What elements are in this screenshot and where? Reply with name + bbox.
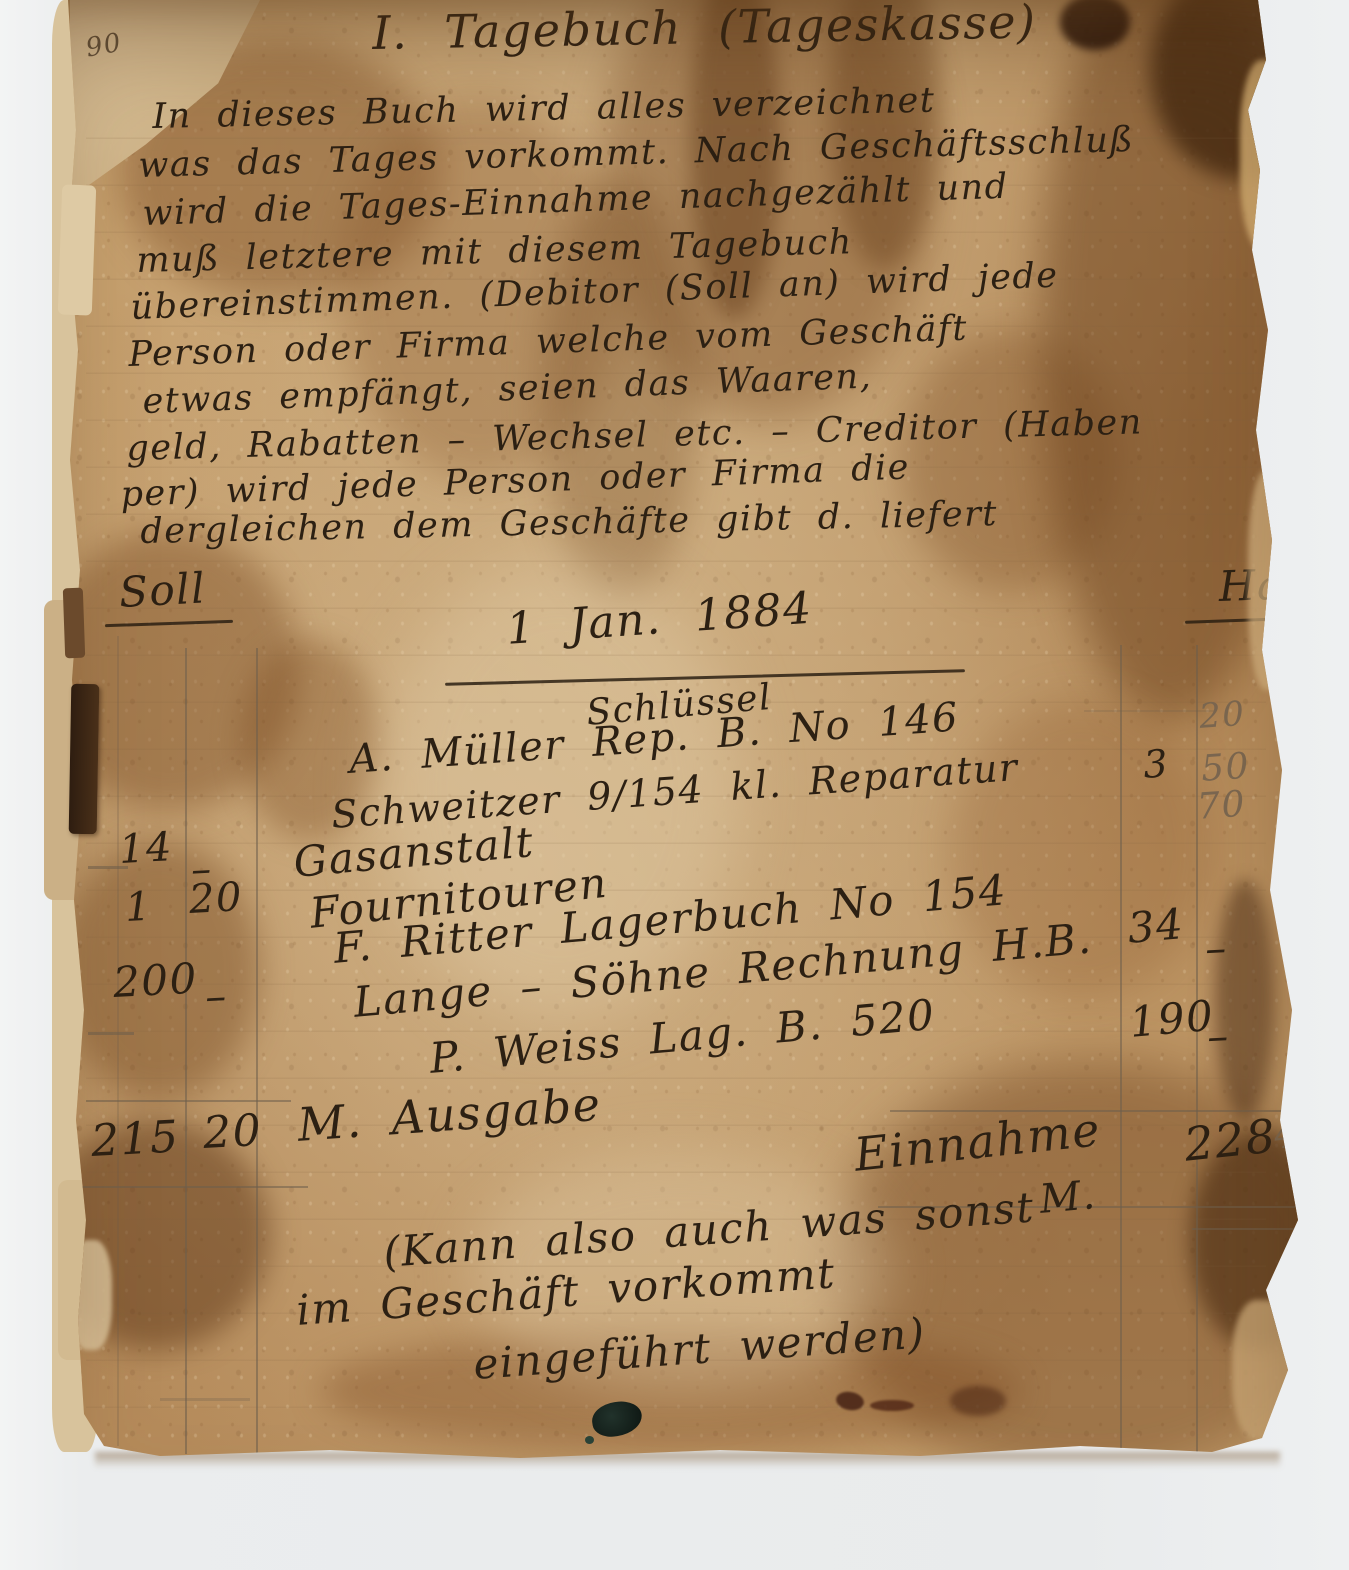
total-einnahme-pfennig: 40	[1272, 1108, 1333, 1156]
soll-underline	[105, 620, 233, 627]
entry-haben-pfennig: –	[1204, 927, 1229, 970]
entry-soll-mark: 200	[112, 958, 199, 1004]
entry-soll-mark: 14	[118, 827, 174, 870]
page-shadow	[95, 1452, 1280, 1468]
page-crease-line	[117, 636, 119, 1446]
stain-mark	[835, 1390, 866, 1413]
ledger-rule-vertical	[185, 648, 187, 1454]
page-title: I. Tagebuch (Tageskasse)	[372, 0, 1037, 56]
pencil-tick	[88, 1032, 134, 1035]
torn-edge	[1240, 60, 1292, 250]
total-einnahme-mark: 228	[1182, 1112, 1279, 1167]
binding-tab	[63, 588, 85, 659]
entry-soll-pfennig: –	[204, 975, 229, 1018]
haben-column-header: Haben	[1218, 561, 1349, 608]
entry-haben-pfennig: –	[1206, 1015, 1231, 1058]
ledger-rule-horizontal	[1192, 1228, 1332, 1230]
stain-mark	[950, 1386, 1006, 1416]
ledger-scan: I. Tagebuch (Tageskasse) 90 In dieses Bu…	[0, 0, 1349, 1570]
entry-haben-mark: 34	[1126, 903, 1186, 950]
ledger-rule-horizontal	[68, 1186, 308, 1188]
pencil-tick	[160, 1398, 250, 1401]
binding-tab	[58, 184, 97, 315]
soll-column-header: Soll	[118, 567, 207, 613]
ledger-rule-horizontal	[1084, 710, 1214, 712]
date-heading: 1 Jan. 1884	[505, 587, 814, 652]
entry-haben-mark: 3	[1142, 744, 1170, 784]
total-ausgabe-label: M. Ausgabe	[296, 1081, 603, 1148]
torn-edge	[1248, 470, 1292, 690]
currency-mark: M.	[1038, 1175, 1098, 1220]
ink-blot-dot	[585, 1436, 594, 1444]
entry-haben-pfennig: 50	[1200, 749, 1251, 788]
binding-tab	[69, 684, 100, 834]
torn-edge	[1232, 1300, 1292, 1440]
total-ausgabe-mark: 215	[90, 1115, 181, 1164]
entry-haben-pfennig: 70	[1196, 787, 1247, 826]
ledger-rule-horizontal	[86, 1100, 291, 1102]
stain	[1215, 880, 1275, 1120]
total-ausgabe-pfennig: 20	[202, 1109, 263, 1156]
entry-haben-pfennig: 20	[1198, 697, 1247, 734]
stain	[900, 330, 1120, 590]
total-einnahme-label: Einnahme	[852, 1106, 1103, 1178]
entry-haben-mark: 190	[1128, 995, 1216, 1044]
ink-smudge	[1060, 0, 1130, 50]
entry-soll-mark: 1	[124, 887, 153, 928]
footnote-line: eingeführt werden)	[472, 1312, 927, 1386]
margin-note: 90	[84, 30, 124, 62]
ink-blot	[590, 1399, 644, 1440]
notebook-page: I. Tagebuch (Tageskasse) 90 In dieses Bu…	[0, 0, 1349, 1570]
stain-mark	[870, 1400, 914, 1411]
entry-soll-pfennig: 20	[188, 877, 244, 920]
ledger-rule-vertical	[1120, 645, 1122, 1455]
ledger-rule-vertical	[1196, 645, 1198, 1455]
ledger-rule-vertical	[256, 648, 258, 1454]
